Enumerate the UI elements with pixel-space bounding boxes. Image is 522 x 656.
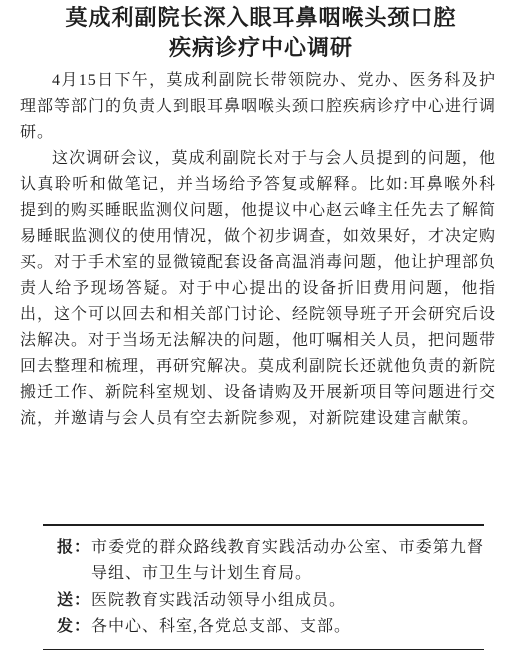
document-title: 莫成利副院长深入眼耳鼻咽喉头颈口腔 疾病诊疗中心调研 [10, 3, 512, 63]
distribution-block: 报： 市委党的群众路线教育实践活动办公室、市委第九督导组、市卫生与计划生育局。 … [43, 524, 484, 650]
paragraph-2: 这次调研会议，莫成利副院长对于与会人员提到的问题，他认真聆听和做笔记，并当场给予… [20, 146, 496, 432]
distribution-row-report: 报： 市委党的群众路线教育实践活动办公室、市委第九督导组、市卫生与计划生育局。 [57, 535, 484, 588]
document-page: 莫成利副院长深入眼耳鼻咽喉头颈口腔 疾病诊疗中心调研 4月15日下午，莫成利副院… [0, 0, 522, 656]
distribution-text-send: 医院教育实践活动领导小组成员。 [91, 588, 484, 615]
distribution-rows: 报： 市委党的群众路线教育实践活动办公室、市委第九督导组、市卫生与计划生育局。 … [43, 526, 484, 649]
title-line-2: 疾病诊疗中心调研 [10, 33, 512, 63]
distribution-bottom-rule [43, 649, 484, 651]
distribution-text-issue: 各中心、科室,各党总支部、支部。 [91, 614, 484, 641]
paragraph-1: 4月15日下午，莫成利副院长带领院办、党办、医务科及护理部等部门的负责人到眼耳鼻… [20, 68, 496, 146]
distribution-label-issue: 发： [57, 614, 91, 641]
distribution-label-send: 送： [57, 588, 91, 615]
document-body: 4月15日下午，莫成利副院长带领院办、党办、医务科及护理部等部门的负责人到眼耳鼻… [20, 68, 496, 432]
distribution-row-issue: 发： 各中心、科室,各党总支部、支部。 [57, 614, 484, 641]
title-line-1: 莫成利副院长深入眼耳鼻咽喉头颈口腔 [10, 3, 512, 33]
distribution-label-report: 报： [57, 535, 91, 588]
distribution-row-send: 送： 医院教育实践活动领导小组成员。 [57, 588, 484, 615]
distribution-text-report: 市委党的群众路线教育实践活动办公室、市委第九督导组、市卫生与计划生育局。 [91, 535, 484, 588]
